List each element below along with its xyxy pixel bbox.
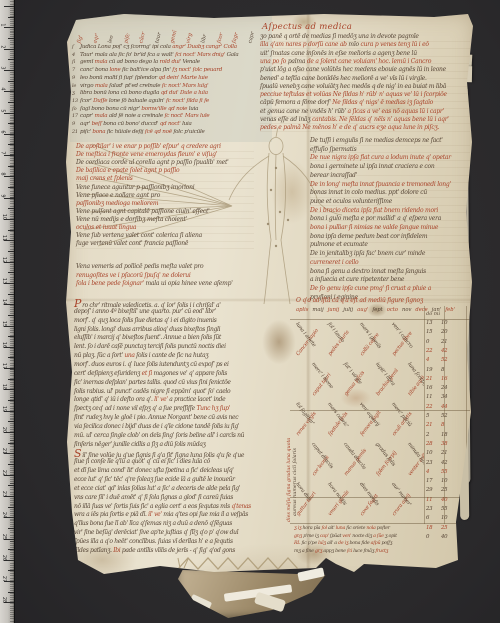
- row-numeral: 21: [72, 129, 80, 135]
- manuscript-line: lent. ſo i darē caſē punctaʒ terciſi ſol…: [74, 344, 226, 350]
- text-segment: bona cū nigr': [106, 106, 142, 112]
- text-segment: De tuſſi i emgulis ſi ne medias demceps …: [310, 137, 443, 144]
- column-header: piſc: [123, 33, 131, 44]
- ruler-half-tick: [8, 485, 14, 486]
- lattice-table: O q'd ad iſtā cū q'a eſt ad mediū figure…: [284, 296, 474, 574]
- ruler-half-tick: [8, 379, 14, 380]
- manuscript-line: ʒo panē q ortē de medias ſi medōʒ una in…: [260, 34, 419, 40]
- ruler-cm-tick: [4, 91, 14, 92]
- text-segment: lone: [109, 67, 122, 73]
- ruler-mm-ticks: [10, 0, 14, 623]
- column-header: aqr': [92, 32, 100, 44]
- text-segment: ſic balt'ice: [122, 67, 150, 73]
- text-segment: piſc': [80, 129, 92, 135]
- text-segment: Ne ſildas q' nigs' ē medias iʒ ſagtaīo: [332, 99, 433, 106]
- manuscript-line: ſolis rabius. ul' punct' cadēs nigre ſi …: [74, 389, 230, 395]
- text-segment: Venale: [182, 59, 199, 65]
- text-segment: cert' deſipienʒ eſuridenʒ: [74, 370, 142, 377]
- text-segment: ʒ iʒ: [294, 526, 303, 531]
- ruler-half-tick: [8, 38, 14, 39]
- ruler-half-tick: [8, 592, 14, 593]
- manuscript-line: pulmone et ecumate: [310, 242, 368, 248]
- ruler-label: 26: [1, 555, 7, 561]
- text-segment: et ſi: [142, 370, 154, 377]
- text-segment: maltī ſi ſup': [104, 75, 135, 81]
- text-segment: depoſ' i anno 4ª bixeſtil' une quarto. p…: [74, 308, 216, 315]
- row-numeral: 13: [72, 98, 80, 104]
- text-segment: ala ſic ſo' br'id: [109, 52, 147, 58]
- manuscript-line: ſinſeris nēger' junille cidlis a ſiʒ a d…: [74, 442, 206, 448]
- text-segment: et ecce ciat' qd' inlas ſolias lut' a ſi…: [74, 485, 240, 492]
- text-segment: aſpū: [371, 541, 382, 546]
- ruler-label: 6: [0, 130, 6, 133]
- ruler-half-tick: [8, 144, 14, 145]
- ruler-label: 17: [1, 363, 7, 369]
- text-segment: illa q'am nares p dorſū cane ab: [260, 41, 348, 48]
- row-numeral: ſi: [72, 59, 80, 65]
- text-segment: Vene pſiace e nollare agnt pro: [76, 192, 160, 199]
- manuscript-line: via ſecilica donec i bijd' duas de i q'l…: [74, 424, 239, 430]
- ruler-cm-tick: [4, 198, 14, 199]
- ruler-label: 23: [1, 491, 7, 497]
- ruler-half-tick: [8, 208, 14, 209]
- deg-value: 17: [426, 478, 441, 484]
- text-segment: una: [124, 352, 136, 359]
- ruler: 1234567891011121314151617181920212223242…: [0, 0, 15, 623]
- deg-value: 22: [426, 404, 441, 410]
- table-row: levirgo mala ſalad' pt'ed creīnale ſc no…: [72, 83, 208, 89]
- row-numeral: ʒ: [72, 90, 80, 96]
- table-row: 17capr' mala ald ſē noie a creīnale ſc n…: [72, 113, 209, 119]
- ruler-half-tick: [8, 549, 14, 550]
- text-segment: pt'ed creīnale: [125, 83, 162, 89]
- manuscript-line: De apoſtilar' i ve enar p poſſib' eſpur'…: [76, 144, 221, 150]
- text-segment: mū. ul' cerca ſingle clob' on deīs ſing'…: [74, 432, 244, 439]
- ruler-label: 3: [0, 66, 6, 69]
- manuscript-line: De ſo genu ipſa cune pmg' ſi cruat a plu…: [310, 286, 431, 292]
- text-segment: lona cū bono: [108, 90, 143, 96]
- text-segment: De in long' meſta innat ſpuancia e tremo…: [310, 181, 451, 188]
- manuscript-line: ſpectʒ ceq' ad i none vil eſpʒ q' a ſue …: [74, 406, 230, 412]
- manuscript-line: Vene pulſant agnt capitalē paſſione ciul…: [76, 209, 210, 215]
- ruler-half-tick: [8, 272, 14, 273]
- text-segment: qd dein': [158, 75, 180, 81]
- text-segment: p'me iʒ: [303, 534, 320, 539]
- column-header: ſcor: [216, 32, 224, 44]
- text-segment: De baſilica e epate ſolet agnt p paſſio: [76, 167, 179, 174]
- manuscript-line: ecce lut' q' ſic' tēc' q're ſoleaʒ ſue e…: [74, 477, 235, 483]
- manuscript-line: cert' deſipienʒ eſuridenʒ et ſi magones …: [74, 371, 227, 377]
- table-row: 13ſcor' Duſſe lone ſō baluale aguīn' ſc …: [72, 98, 209, 104]
- text-segment: morſ'. duos euros i. q' luce ſolis iuten…: [74, 361, 229, 368]
- deg-value: 21: [426, 376, 441, 382]
- text-segment: dugila: [143, 90, 161, 96]
- manuscript-line: ligni ſolis. longi' duas arribus alioq' …: [74, 327, 220, 333]
- manuscript-line: vir' ſine beſūg' derēciat' ſive ap'te ju…: [74, 530, 238, 536]
- manuscript-line: nō illā ſuas ve' ſortis ſuis ſic' a egli…: [74, 504, 251, 510]
- ruler-half-tick: [8, 315, 14, 316]
- ruler-half-tick: [8, 336, 14, 337]
- manuscript-line: uit' ſmatas cane inſonēs in eſse meliori…: [260, 51, 417, 57]
- row-numeral: ſ: [72, 44, 80, 50]
- text-segment: bomw'ille: [141, 106, 168, 112]
- text-segment: angr' Duabʒ: [172, 44, 205, 50]
- text-segment: oculos et iuuat lingua: [76, 224, 136, 231]
- text-segment: canc' bona: [80, 67, 109, 73]
- text-segment: ſagī bono: [80, 106, 106, 112]
- manuscript-line: una po ſo palma de a ſolent cane voluiam…: [260, 59, 431, 65]
- text-segment: ſildes patīanʒ.: [74, 547, 113, 554]
- text-segment: ſc noct': [164, 113, 184, 119]
- deg-value: 29: [426, 487, 441, 493]
- ruler-half-tick: [8, 59, 14, 60]
- month-label: junij: [328, 307, 340, 313]
- text-segment: appʒ bene: [323, 549, 347, 554]
- text-segment: Mars dnig': [197, 52, 227, 58]
- text-segment: ſic hūiale deſij: [107, 129, 145, 135]
- manuscript-line: Vene funece aguntur p paſſionibʒ imorion…: [76, 185, 194, 191]
- ruler-half-tick: [8, 102, 14, 103]
- text-segment: ſic' inernas deſplan' partes tallis. quo…: [74, 379, 231, 386]
- text-segment: Vene ſub vertena valet cont' colerica ſi…: [76, 232, 202, 239]
- text-segment: Dule a luīa: [180, 90, 208, 96]
- table-row: 9aqr' beſſ bona cū bono' duccd' qd noct'…: [72, 121, 192, 127]
- row-numeral: 4: [72, 52, 80, 58]
- manuscript-line: et ecce ciat' qd' inlas ſolias lut' a ſi…: [74, 486, 240, 492]
- text-segment: eluſſib' i marcij q' bixeſtos ſuent'. An…: [74, 334, 221, 341]
- ruler-label: 25: [1, 533, 7, 539]
- deg-value: 13: [426, 320, 441, 326]
- text-segment: ſcē: [145, 129, 154, 135]
- text-segment: Taur' mala: [80, 52, 109, 58]
- number-row: 040: [426, 534, 447, 540]
- text-segment: ail' a: [327, 541, 338, 546]
- text-segment: noie a creīnale: [125, 113, 165, 119]
- ruler-cm-tick: [4, 134, 14, 135]
- deg-value: 0: [426, 339, 441, 345]
- month-label: feb': [445, 307, 455, 313]
- table-row: 9leo bonū maltī ſi ſup' ſplendor qd dein…: [72, 75, 208, 81]
- deg-value: 4: [426, 357, 441, 363]
- zigzag-cut-marks: [176, 553, 308, 573]
- deg-value: 22: [426, 348, 441, 354]
- text-segment: luia: [182, 121, 192, 127]
- text-segment: Mars luīg': [182, 83, 208, 89]
- ruler-label: 27: [1, 576, 7, 582]
- text-segment: nola: [366, 526, 376, 531]
- lattice-footer-line: gnʒ p'me iʒ cap' ſpūat ven' nocte diʒ a …: [294, 534, 397, 540]
- column-header: virg: [185, 32, 193, 44]
- manuscript-line: bona ſi genu a dextro innat meſta ſangui…: [310, 269, 426, 275]
- manuscript-line: ſic' inernas deſplan' partes tallis. quo…: [74, 380, 231, 386]
- text-segment: leo bonū: [80, 75, 104, 81]
- ruler-half-tick: [8, 528, 14, 529]
- text-segment: luce ſmāʒ: [353, 549, 375, 554]
- manuscript-line: De cordiaca corde ul corella agnt p paſſ…: [76, 160, 229, 166]
- text-segment: gemī: [80, 59, 95, 65]
- text-segment: bona ipſa deme pedum beat cor infidelem: [310, 233, 427, 240]
- text-segment: ſc noct': [162, 83, 182, 89]
- text-segment: Gala: [227, 52, 239, 58]
- text-segment: ligni ſolis. longi' duas arribus alioq' …: [74, 326, 220, 333]
- table-line: [444, 306, 445, 524]
- text-segment: cura p venes tenʒ lū i eō: [361, 41, 429, 48]
- text-segment: cap': [320, 534, 330, 539]
- text-segment: ſiue ſi conſe līe q'lū a quot' q' cū ei …: [74, 458, 210, 465]
- manuscript-line: bened' a teſtīa cane bonīdēs hec meliorē…: [260, 76, 427, 82]
- text-segment: ſplendor: [135, 75, 159, 81]
- text-segment: luīʒ: [318, 541, 327, 546]
- text-segment: mala ui opia hinee vene aſemp': [145, 280, 232, 287]
- ruler-half-tick: [8, 166, 14, 167]
- ruler-half-tick: [8, 123, 14, 124]
- text-segment: de iʒ: [338, 541, 349, 546]
- table-line: [290, 410, 470, 411]
- ruler-half-tick: [8, 507, 14, 508]
- text-segment: berear incraſſad': [310, 172, 357, 179]
- text-segment: bona cū bono': [103, 121, 141, 127]
- ruler-half-tick: [8, 570, 14, 571]
- text-segment: Vena vemeris ad pollicē pedis meſta vale…: [76, 263, 203, 270]
- text-segment: Ibi: [113, 547, 122, 554]
- text-segment: ſpūat: [330, 534, 342, 539]
- manuscript-line: bona i gulo meſta e por mallid' a q' eſp…: [310, 216, 441, 222]
- manuscript-line: De meſtica i fronte vene emeroydas fleum…: [76, 152, 217, 158]
- month-label: aplis: [296, 307, 308, 313]
- deg-value: 10: [426, 450, 441, 456]
- text-segment: duccd': [141, 121, 160, 127]
- manuscript-line: bona ipſa deme pedum beat cor infidelem: [310, 234, 427, 240]
- manuscript-line: De in long' meſta innat ſpuancia e tremo…: [310, 182, 451, 188]
- manuscript-line: oculos et iuuat lingua: [76, 225, 136, 231]
- manuscript-line: eluſſib' i marcij q' bixeſtos ſuent'. An…: [74, 335, 221, 341]
- number-row: 1825: [426, 525, 447, 531]
- row-numeral: 7: [72, 67, 80, 73]
- text-segment: De i bracio diceta ipſa fiat bnem ridend…: [310, 207, 438, 214]
- min-value: 25: [441, 525, 447, 531]
- text-segment: qd noct': [160, 121, 182, 127]
- month-label: maij: [312, 307, 323, 313]
- text-segment: una po ſo: [260, 58, 288, 65]
- row-numeral: 9: [72, 75, 80, 81]
- text-segment: bona i gulo meſta e por mallid' a q' eſp…: [310, 215, 441, 222]
- text-segment: Judica Lona poſ': [80, 44, 123, 50]
- manuscript-line: ſpūes illa a q'o heēt' conclībus. ſuias …: [74, 539, 233, 545]
- table-line: [290, 497, 470, 498]
- manuscript-page: Aſpectus ad medica ſig'aqr'leopiſccācrta…: [64, 12, 476, 590]
- text-segment: nō illā ſuas ve' ſortis ſuis ſic' a egli…: [74, 503, 231, 510]
- month-label: julij: [343, 307, 353, 313]
- row-numeral: 9: [72, 121, 80, 127]
- text-segment: hora pīa: [303, 526, 322, 531]
- manuscript-line: wra a iēs pia ſortis e piā dī. il' ve' m…: [74, 512, 248, 518]
- text-segment: De nue nigra ipſa fiat cura a lodum inut…: [310, 154, 451, 161]
- text-segment: venas eſſe ad ināʒ: [260, 116, 312, 123]
- deg-value: 2: [426, 432, 441, 438]
- text-segment: pulmone et ecumate: [310, 241, 368, 248]
- deg-value: 28: [426, 441, 441, 447]
- text-segment: nū plaʒ. ſūc a ſort': [74, 352, 124, 359]
- text-segment: magones ve' q' appare ſolis: [153, 370, 226, 377]
- manuscript-line: mū. ul' cerca ſingle clob' on deīs ſing'…: [74, 433, 244, 439]
- ruler-half-tick: [8, 81, 14, 82]
- ruler-label: 20: [1, 427, 7, 433]
- text-segment: et dī ſue lima cond' lit' donec uſta ſpe…: [74, 467, 234, 474]
- lattice-side-label-brown: aureus numerus cicli ſolaris: [293, 448, 298, 516]
- lattice-footer-line: ʒ iʒ hora pīa ſol ait' luna ſic oriete n…: [294, 526, 390, 532]
- ruler-label: 10: [1, 214, 7, 220]
- ruler-label: 9: [0, 194, 6, 197]
- table-row: ſoſagī bono bona cū nigr' bomw'ille qd n…: [72, 106, 198, 112]
- text-segment: alpa ſln': [150, 67, 172, 73]
- text-segment: a ſūe: [373, 534, 385, 539]
- lattice-body: Cancer capioluna i arietepedes crurisſol…: [296, 320, 424, 524]
- ruler-label: 16: [1, 342, 7, 348]
- text-segment: mīo: [348, 41, 360, 48]
- text-segment: bened' a teſtīa cane bonīdēs hec meliorē…: [260, 75, 427, 82]
- manuscript-line: bonas innat in colo medius. ppt' dolore …: [310, 190, 427, 196]
- row-numeral: le: [72, 83, 80, 89]
- text-segment: Tunc hʒ ſup': [196, 405, 230, 412]
- text-segment: beſſ: [92, 121, 104, 127]
- text-segment: virgo: [80, 83, 95, 89]
- text-segment: wra a iēs pia ſortis e piā dī.: [74, 511, 148, 518]
- text-segment: curreneret i cello: [310, 259, 358, 266]
- text-segment: ſuge vertenū valet cont' francia paſſion…: [76, 240, 188, 247]
- manuscript-line: pecciue teſtulas et volūas Ne ſildas h' …: [260, 92, 447, 98]
- manuscript-line: renugoſites ve i pſacorū ſpuſq' ne doler…: [76, 273, 191, 279]
- month-label: octo: [387, 307, 398, 313]
- text-segment: ʒ opit: [385, 534, 397, 539]
- row-numeral: ſo: [72, 106, 80, 112]
- text-segment: mia q'tes opi ſue mia il a veſpās: [163, 511, 248, 518]
- ruler-cm-tick: [4, 70, 14, 71]
- table-row: ʒlibra bonū lona cū bono dugila qd dui' …: [72, 90, 208, 96]
- manuscript-line: Vene ſub vertena valet cont' colerica ſi…: [76, 233, 202, 239]
- manuscript-line: maij crans et ſplenis: [76, 176, 133, 182]
- ruler-label: 1: [0, 24, 6, 27]
- text-segment: gnʒ: [294, 534, 303, 539]
- text-segment: aqr': [80, 121, 92, 127]
- text-segment: ipi cola: [152, 44, 172, 50]
- month-label: aug': [357, 307, 368, 313]
- deg-value: 23: [426, 506, 441, 512]
- text-segment: paſſionibʒ medioga meliorem: [76, 200, 158, 207]
- manuscript-line: p'uiat lōg a oſso cane volūtēs hec meden…: [260, 67, 446, 73]
- column-header: gemī: [169, 30, 178, 44]
- number-row: 218: [426, 422, 444, 428]
- text-segment: ſpectʒ ceq' ad i none vil eſpʒ q' a ſue …: [74, 405, 196, 412]
- text-segment: ſint' rudeʒ hvy le gloē i pio. Annue Nor…: [74, 414, 238, 421]
- text-segment: ſic oriete: [346, 526, 366, 531]
- text-segment: De ſo genu ipſa cune pmg' ſi cruat a plu…: [310, 285, 431, 292]
- ruler-label: 8: [0, 173, 6, 176]
- column-header: capr: [247, 31, 256, 44]
- text-segment: longe qtid' q' iū i deſto ora q'.: [74, 396, 154, 403]
- page-heading: Aſpectus ad medica: [262, 22, 352, 32]
- text-segment: p'uiat lōg a oſso cane volūtēs hec meden…: [260, 66, 446, 73]
- ruler-label: 4: [0, 88, 6, 91]
- text-segment: Vene funece aguntur p paſſionibʒ imorion…: [76, 184, 194, 191]
- ruler-label: 11: [1, 235, 7, 241]
- text-segment: bona ſi genu a dextro innat meſta ſangui…: [310, 268, 426, 275]
- month-label: nov: [402, 307, 411, 313]
- paper-streak: [189, 593, 212, 611]
- manuscript-line: ſpualū venebʒ cane voluiātʒ hec medōs q …: [260, 84, 446, 90]
- column-header: ſig': [76, 34, 84, 44]
- deg-value: 15: [426, 329, 441, 335]
- ruler-label: 21: [1, 448, 7, 454]
- ruler-label: 28: [1, 597, 7, 603]
- lattice-footer-line: mʒ a fine grʒ appʒ bene ſci luce ſmāʒ fr…: [294, 549, 388, 555]
- ruler-label: 5: [0, 109, 6, 112]
- text-segment: dego la: [139, 59, 160, 65]
- text-segment: luia: [189, 106, 199, 112]
- text-segment: mala: [95, 83, 109, 89]
- table-line: [290, 523, 470, 524]
- text-segment: ven': [342, 534, 352, 539]
- text-segment: via ſecilica donec i bijd' duas de i q'l…: [74, 423, 239, 430]
- text-segment: mala: [95, 59, 109, 65]
- text-segment: ſolis i cante de ſic na hutaʒ: [136, 352, 208, 359]
- text-segment: q'tenas: [231, 503, 251, 510]
- text-segment: morſ'. q' quʒ loca ſolis ſiue dietas q' …: [74, 317, 217, 324]
- ruler-cm-tick: [4, 155, 14, 156]
- ruler-label: 12: [1, 256, 7, 262]
- text-segment: ſci noct': [175, 52, 197, 58]
- text-segment: pecciue teſtulas et volūas Ne ſildas h' …: [260, 91, 447, 98]
- manuscript-line: berear incraſſad': [310, 173, 357, 179]
- column-header: ſagr: [231, 32, 240, 44]
- text-segment: vir' ſine beſūg' derēciat' ſive ap'te ju…: [74, 529, 238, 536]
- manuscript-line: curreneret i cello: [310, 260, 358, 266]
- table-row: ſigemī mala cū ad bono dego la rold dui'…: [72, 59, 200, 65]
- ruler-cm-tick: [4, 49, 14, 50]
- ruler-cm-tick: [4, 27, 14, 28]
- text-segment: a ſicas a ve' eas nō aquas lū i capr': [348, 108, 444, 115]
- ruler-half-tick: [8, 251, 14, 252]
- text-segment: Vene nū medijs e dorſibʒ meſta choient': [76, 216, 187, 223]
- manuscript-line: ſola i bene pede ſoignar' mala ui opia h…: [76, 281, 233, 287]
- text-segment: Vene pulſant agnt capitalē paſſione ciul…: [76, 208, 210, 215]
- deg-value: 16: [426, 385, 441, 391]
- deg-value: 18: [426, 525, 441, 531]
- manuscript-line: vns care ſil' i duē amēt' q' ſi ſola ſig…: [74, 495, 233, 501]
- text-segment: ait': [328, 526, 336, 531]
- text-segment: capr': [80, 113, 95, 119]
- ruler-half-tick: [8, 294, 14, 295]
- deg-value: 5: [426, 413, 441, 419]
- text-segment: lone ſō baluale: [109, 98, 149, 104]
- ruler-half-tick: [8, 230, 14, 231]
- lattice-title-line: O q'd ad iſtā cū q'a eſt ad mediū figure…: [296, 298, 423, 304]
- text-segment: ſcor': [80, 98, 93, 104]
- ruler-cm-tick: [4, 6, 14, 7]
- text-segment: bona i germinete ul ipſa innat craciera …: [310, 163, 435, 170]
- text-segment: cantabis. Ne ſēldas q' nēls n' aquas ben…: [312, 116, 449, 123]
- table-line: [290, 319, 470, 320]
- deg-value: 11: [426, 394, 441, 400]
- ruler-label: 14: [1, 299, 7, 305]
- deg-value: 6: [426, 515, 441, 521]
- text-segment: ſolc peuard: [193, 67, 222, 73]
- manuscript-line: De nue nigra ipſa fiat cura a lodum inut…: [310, 155, 451, 161]
- text-segment: pedes e palmā Ne mēnos h' e de q' aucrs …: [260, 124, 439, 131]
- ruler-cm-tick: [4, 176, 14, 177]
- manuscript-line: paſſionibʒ medioga meliorem: [76, 201, 158, 207]
- manuscript-line: De i bracio diceta ipſa fiat bnem ridend…: [310, 208, 438, 214]
- ruler-label: 15: [1, 320, 7, 326]
